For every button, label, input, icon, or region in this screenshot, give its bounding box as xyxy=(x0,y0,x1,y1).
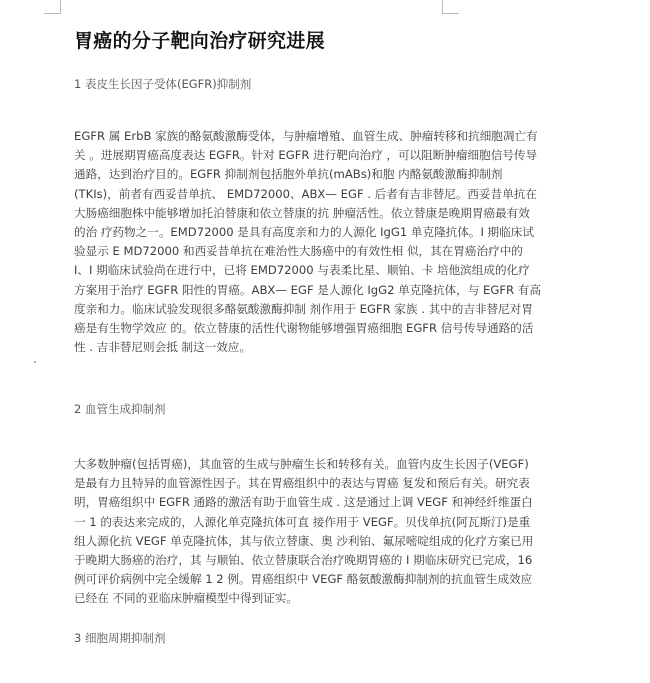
document-title: 胃癌的分子靶向治疗研究进展 xyxy=(74,26,325,53)
text-line: EGFR 属 ErbB 家族的酪氨酸激酶受体，与肿瘤增殖、血管生成、肿瘤转移和抗… xyxy=(74,127,574,146)
text-line: 大多数肿瘤(包括胃癌)，其血管的生成与肿瘤生长和转移有关。血管内皮生长因子(VE… xyxy=(74,455,574,474)
text-line: 是最有力且特异的血管源性因子。其在胃癌组织中的表达与胃癌 复发和预后有关。研究表 xyxy=(74,474,574,493)
paragraph-marker xyxy=(34,361,36,363)
section-body-angiogenesis: 大多数肿瘤(包括胃癌)，其血管的生成与肿瘤生长和转移有关。血管内皮生长因子(VE… xyxy=(74,455,574,609)
text-line: 的治 疗药物之一。EMD72000 是具有高度亲和力的人源化 IgG1 单克隆抗… xyxy=(74,223,574,242)
text-line: I、I 期临床试验尚在进行中，已将 EMD72000 与表柔比星、顺铂、卡 培他… xyxy=(74,261,574,280)
text-line: 关 。进展期胃癌高度表达 EGFR。针对 EGFR 进行靶向治疗 ，可以阻断肿瘤… xyxy=(74,146,574,165)
section-heading-cell-cycle: 3 细胞周期抑制剂 xyxy=(74,630,165,646)
text-line: 性 . 吉非替尼则会抵 制这一效应。 xyxy=(74,338,574,357)
text-line: 度亲和力。临床试验发现很多酪氨酸激酶抑制 剂作用于 EGFR 家族 . 其中的吉… xyxy=(74,300,574,319)
text-line: 于晚期大肠癌的治疗，其 与顺铂、依立替康联合治疗晚期胃癌的 I 期临床研究已完成… xyxy=(74,551,574,570)
text-line: 癌是有生物学效应 的。依立替康的活性代谢物能够增强胃癌细胞 EGFR 信号传导通… xyxy=(74,319,574,338)
text-line: 通路，达到治疗目的。EGFR 抑制剂包括胞外单抗(mABs)和胞 内酪氨酸激酶抑… xyxy=(74,165,574,184)
text-line: 方案用于治疗 EGFR 阳性的胃癌。ABX— EGF 是人源化 IgG2 单克隆… xyxy=(74,281,574,300)
section-heading-angiogenesis: 2 血管生成抑制剂 xyxy=(74,401,165,417)
page-corner-mark-top-right xyxy=(442,0,459,14)
text-line: 一 1 的表达来完成的，人源化单克隆抗体可直 接作用于 VEGF。贝伐单抗(阿瓦… xyxy=(74,513,574,532)
text-line: 明，胃癌组织中 EGFR 通路的激活有助于血管生成 . 这是通过上调 VEGF … xyxy=(74,493,574,512)
text-line: 大肠癌细胞株中能够增加托泊替康和依立替康的抗 肿瘤活性。依立替康是晚期胃癌最有效 xyxy=(74,204,574,223)
text-line: (TKIs)，前者有西妥昔单抗、 EMD72000、ABX— EGF . 后者有… xyxy=(74,185,574,204)
text-line: 验显示 E MD72000 和西妥昔单抗在难治性大肠癌中的有效性相 似，其在胃癌… xyxy=(74,242,574,261)
text-line: 组人源化抗 VEGF 单克隆抗体，其与依立替康、奥 沙利铂、氟尿嘧啶组成的化疗方… xyxy=(74,532,574,551)
text-line: 已经在 不同的亚临床肿瘤模型中得到证实。 xyxy=(74,589,574,608)
section-heading-egfr: 1 表皮生长因子受体(EGFR)抑制剂 xyxy=(74,76,251,92)
text-line: 例可评价病例中完全缓解 1 2 例。胃癌组织中 VEGF 酪氨酸激酶抑制剂的抗血… xyxy=(74,570,574,589)
page-corner-mark-top-left xyxy=(44,0,61,14)
section-body-egfr: EGFR 属 ErbB 家族的酪氨酸激酶受体，与肿瘤增殖、血管生成、肿瘤转移和抗… xyxy=(74,127,574,357)
